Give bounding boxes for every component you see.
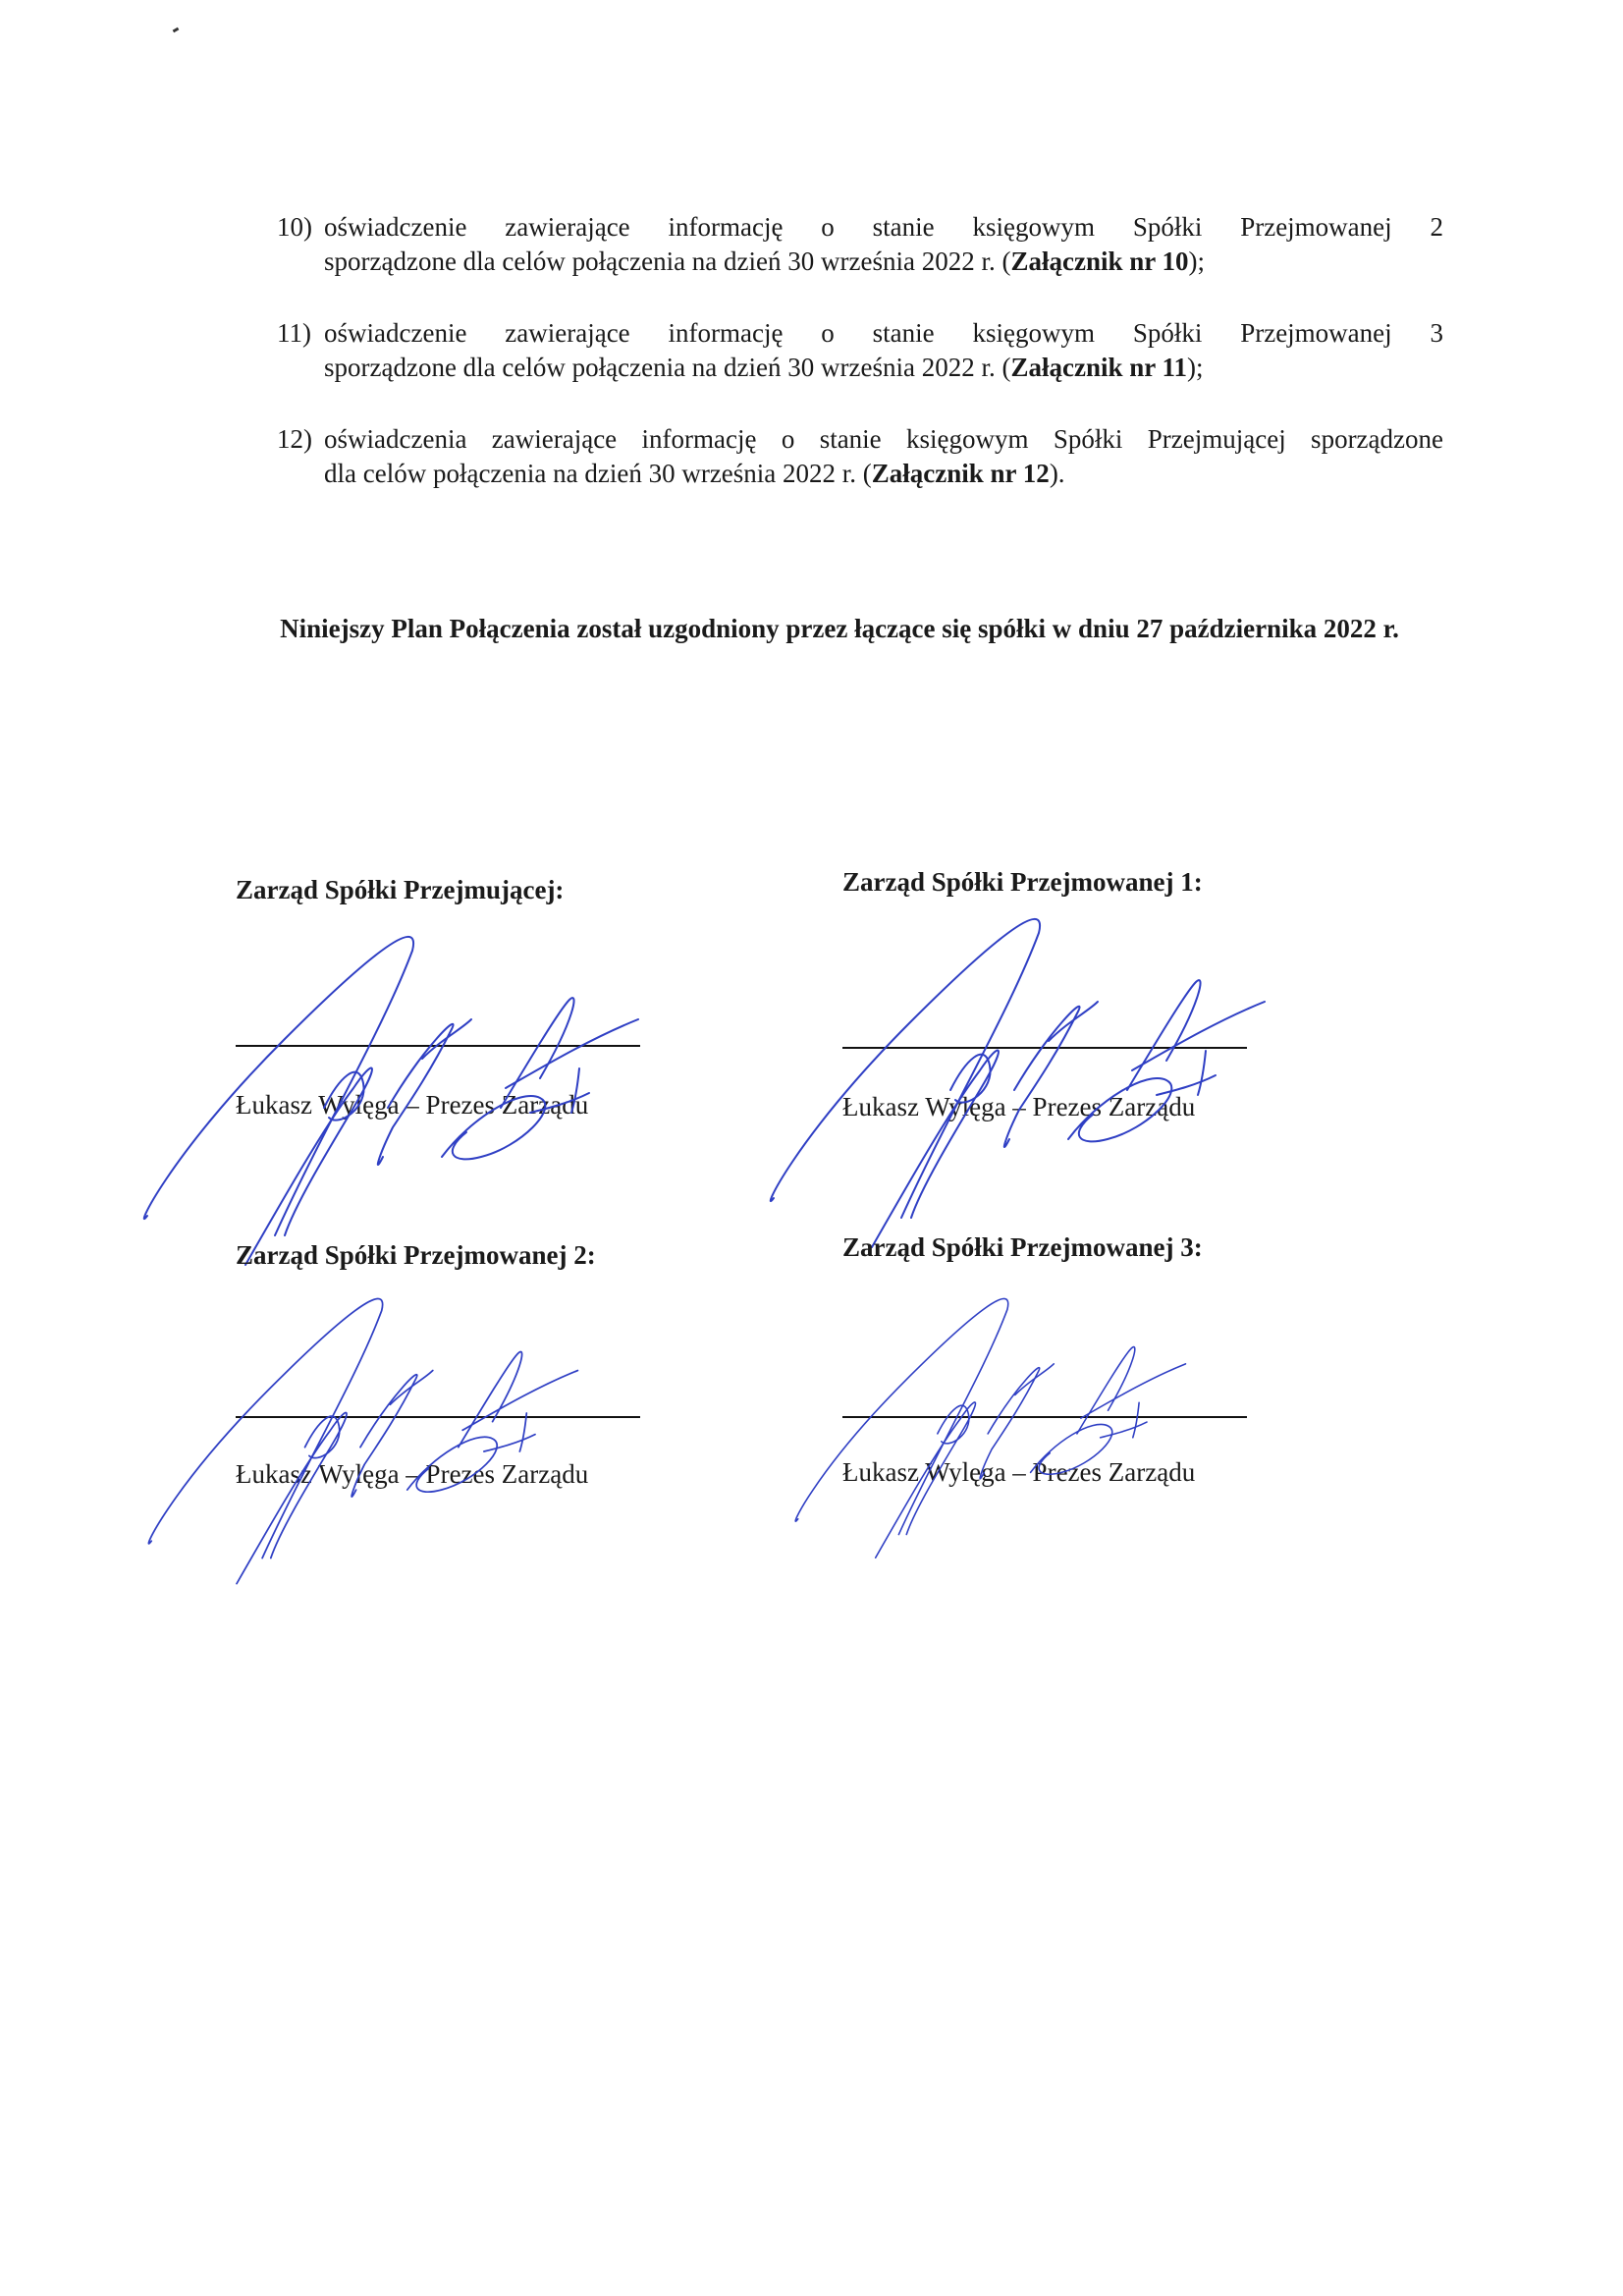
signature-block-acquired-2: Zarząd Spółki Przejmowanej 2: Łukasz Wyl… — [236, 1237, 648, 1273]
signature-block-acquired-3: Zarząd Spółki Przejmowanej 3: Łukasz Wyl… — [842, 1230, 1255, 1265]
signature-block-acquiring: Zarząd Spółki Przejmującej: Łukasz Wylęg… — [236, 872, 648, 907]
signature-title: Zarząd Spółki Przejmującej: — [236, 872, 648, 907]
list-item: 12) oświadczenia zawierające informację … — [277, 422, 1443, 491]
attachment-ref: Załącznik nr 10 — [1010, 246, 1188, 276]
attachment-ref: Załącznik nr 11 — [1010, 353, 1187, 382]
list-item: 11) oświadczenie zawierające informację … — [277, 316, 1443, 385]
attachment-ref: Załącznik nr 12 — [872, 459, 1050, 488]
item-number: 11) — [277, 316, 324, 385]
signature-block-acquired-1: Zarząd Spółki Przejmowanej 1: Łukasz Wyl… — [842, 864, 1255, 900]
signature-line — [842, 1047, 1247, 1049]
item-text: oświadczenie zawierające informację o st… — [324, 210, 1443, 279]
handwritten-signature-icon — [754, 894, 1304, 1267]
closing-statement: Niniejszy Plan Połączenia został uzgodni… — [236, 611, 1443, 646]
signatory-name: Łukasz Wylęga – Prezes Zarządu — [236, 1090, 588, 1121]
signature-line — [236, 1045, 640, 1047]
signature-line — [842, 1416, 1247, 1418]
signatory-name: Łukasz Wylęga – Prezes Zarządu — [236, 1459, 588, 1490]
item-text: oświadczenia zawierające informację o st… — [324, 422, 1443, 491]
item-number: 12) — [277, 422, 324, 491]
signature-line — [236, 1416, 640, 1418]
signature-title: Zarząd Spółki Przejmowanej 1: — [842, 864, 1255, 900]
handwritten-signature-icon — [734, 1279, 1265, 1573]
item-text: oświadczenie zawierające informację o st… — [324, 316, 1443, 385]
scan-speck — [173, 27, 180, 33]
item-number: 10) — [277, 210, 324, 279]
attachment-list: 10) oświadczenie zawierające informację … — [277, 210, 1443, 528]
handwritten-signature-icon — [69, 1277, 677, 1601]
signature-title: Zarząd Spółki Przejmowanej 2: — [236, 1237, 648, 1273]
signatory-name: Łukasz Wylęga – Prezes Zarządu — [842, 1092, 1195, 1122]
list-item: 10) oświadczenie zawierające informację … — [277, 210, 1443, 279]
signatory-name: Łukasz Wylęga – Prezes Zarządu — [842, 1457, 1195, 1488]
signature-title: Zarząd Spółki Przejmowanej 3: — [842, 1230, 1255, 1265]
